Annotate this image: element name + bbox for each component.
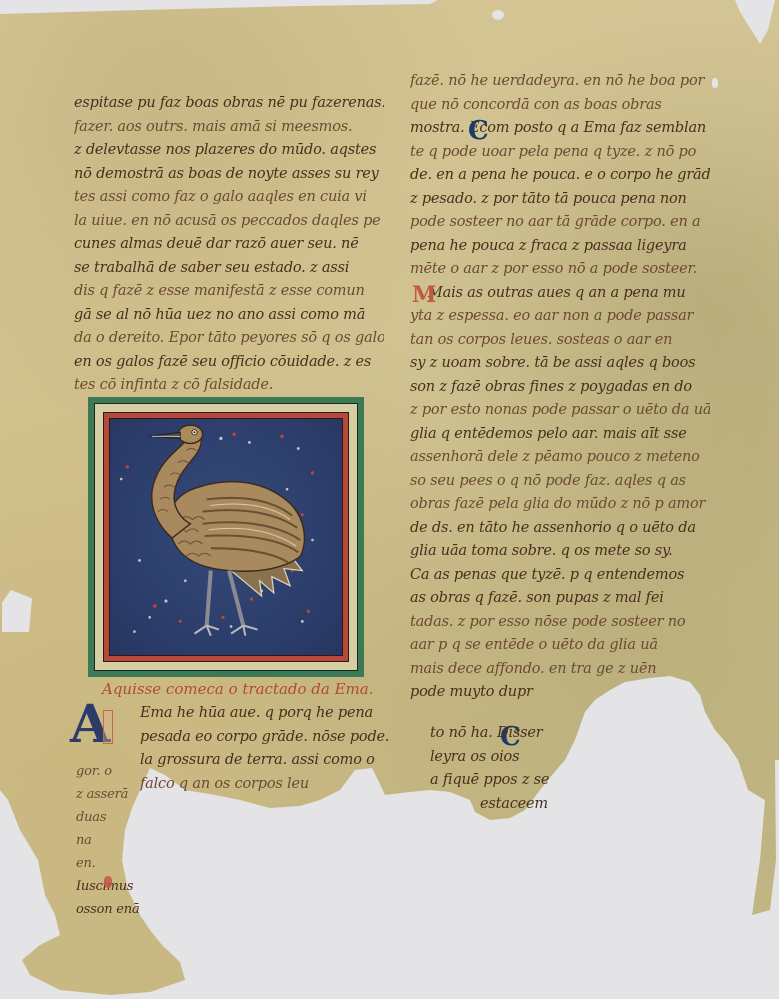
tear-hole (492, 10, 504, 20)
text-line: dis q fazē z esse manifestā z esse comun (74, 280, 384, 304)
decorated-initial: A (70, 700, 140, 750)
text-line: pode muyto dupr (410, 681, 710, 705)
text-line: falco q an os corpos leu (140, 773, 390, 797)
text-line: tes assi como faz o galo aaqles en cuia … (74, 186, 384, 210)
text-line: glia uāa toma sobre. q os mete so sy. (410, 540, 710, 564)
text-line: z pesado. z por tāto tā pouca pena non (410, 188, 710, 212)
right-text-column: fazē. nō he uerdadeyra. en nō he boa por… (410, 70, 710, 705)
text-line: de. en a pena he pouca. e o corpo he grā… (410, 164, 710, 188)
text-line: te q pode uoar pela pena q tyze. z nō po (410, 141, 710, 165)
text-line: fazē. nō he uerdadeyra. en nō he boa por (410, 70, 710, 94)
text-line: Iuscimus (76, 875, 148, 898)
text-line: se trabalhā de saber seu estado. z assi (74, 257, 384, 281)
text-line: so seu pees o q nō pode faz. aqles q as (410, 470, 710, 494)
text-line: pena he pouca z fraca z passaa ligeyra (410, 235, 710, 259)
text-line: sy z uoam sobre. tā be assi aqles q boos (410, 352, 710, 376)
text-line: obras fazē pela glia do mūdo z nō p amor (410, 493, 710, 517)
text-line: a fiquē ppos z se (430, 769, 580, 793)
text-line: gor. o (76, 760, 148, 783)
text-line: la uiue. en nō acusā os peccados daqles … (74, 210, 384, 234)
text-line: tadas. z por esso nōse pode sosteer no (410, 611, 710, 635)
text-line: son z fazē obras fines z poygadas en do (410, 376, 710, 400)
text-line: en os galos fazē seu officio cōuidade. z… (74, 351, 384, 375)
text-line: as obras q fazē. son pupas z mal fei (410, 587, 710, 611)
text-line: z asserā (76, 783, 148, 806)
tear-hole (712, 78, 718, 88)
right-lower-text: to nō ha. Disser leyra os oios a fiquē p… (430, 722, 580, 816)
red-paragraph-initial: M (412, 282, 436, 308)
miniature-inner-frame (104, 413, 348, 661)
text-line: na (76, 829, 148, 852)
manuscript-photo: espitase pu faz boas obras nē pu fazeren… (0, 0, 779, 999)
left-lower-text: Ema he hūa aue. q porq he pena pesada eo… (140, 702, 390, 796)
text-line: espitase pu faz boas obras nē pu fazeren… (74, 92, 384, 116)
text-line: Ca as penas que tyzē. p q entendemos (410, 564, 710, 588)
text-line: z por esto nonas pode passar o uēto da u… (410, 399, 710, 423)
text-line: la grossura de terra. assi como o (140, 749, 390, 773)
text-line: tes cō infinta z cō falsidade. (74, 374, 384, 398)
text-line: mais dece affondo. en tra ge z uēn (410, 658, 710, 682)
text-line: pode sosteer no aar tā grāde corpo. en a (410, 211, 710, 235)
text-line: gā se al nō hūa uez no ano assi como mā (74, 304, 384, 328)
text-line: osson enā (76, 898, 148, 921)
text-line: Ema he hūa aue. q porq he pena (140, 702, 390, 726)
text-line: z delevtasse nos plazeres do mūdo. aqste… (74, 139, 384, 163)
text-line: de ds. en tāto he assenhorio q o uēto da (410, 517, 710, 541)
text-line: cunes almas deuē dar razō auer seu. nē (74, 233, 384, 257)
text-line: da o dereito. Epor tāto peyores sō q os … (74, 327, 384, 351)
text-line: fazer. aos outrs. mais amā si meesmos. (74, 116, 384, 140)
crane-illustration-icon (109, 418, 343, 656)
text-line: to nō ha. Disser (430, 722, 580, 746)
bird-miniature (88, 397, 364, 677)
text-line: mēte o aar z por esso nō a pode sosteer. (410, 258, 710, 282)
left-text-column: espitase pu faz boas obras nē pu fazeren… (74, 92, 384, 398)
chapter-rubric: Aquisse comeca o tractado da Ema. (102, 680, 374, 698)
text-line: aar p q se entēde o uēto da glia uā (410, 634, 710, 658)
text-line: yta z espessa. eo aar non a pode passar (410, 305, 710, 329)
text-line: nō demostrā as boas de noyte asses su re… (74, 163, 384, 187)
text-line: que nō concordā con as boas obras (410, 94, 710, 118)
text-line: leyra os oios (430, 746, 580, 770)
text-line: en. (76, 852, 148, 875)
text-line: glia q entēdemos pelo aar. mais aīt sse (410, 423, 710, 447)
red-paraph-mark (104, 876, 112, 888)
text-line: estaceem (430, 793, 580, 817)
blue-paragraph-initial: C (468, 116, 489, 146)
text-line: assenhorā dele z pēamo pouco z meteno (410, 446, 710, 470)
text-line: mostra. Ecom posto q a Ema faz semblan (410, 117, 710, 141)
text-line: tan os corpos leues. sosteas o aar en (410, 329, 710, 353)
text-line: duas (76, 806, 148, 829)
text-line: pesada eo corpo grāde. nōse pode. pe (140, 726, 390, 750)
torn-fragment-text: gor. o z asserā duas na en. Iuscimus oss… (76, 760, 148, 921)
text-line: Mais as outras aues q an a pena mu (410, 282, 710, 306)
